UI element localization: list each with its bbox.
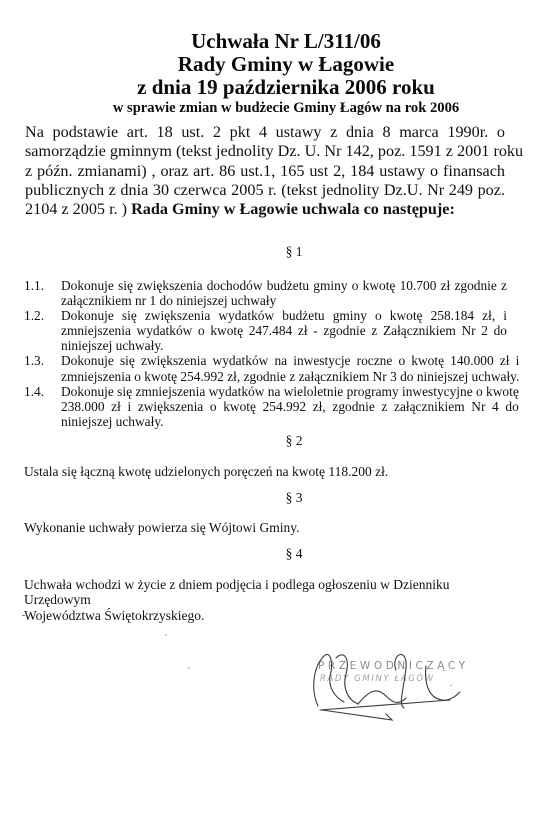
section-4-line: Województwa Świętokrzyskiego. (24, 608, 514, 623)
list-item: 1.3. Dokonuje się zwiększenia wydatków n… (24, 353, 507, 383)
item-text: Dokonuje się zwiększenia dochodów budżet… (61, 278, 507, 308)
scan-mark (22, 615, 25, 616)
item-line: niniejszej uchwały. (61, 338, 507, 353)
section-4-sign: § 4 (18, 546, 552, 562)
item-number: 1.3. (24, 353, 61, 383)
section-2-text: Ustala się łączną kwotę udzielonych porę… (24, 464, 388, 479)
preamble-line: samorządzie gminnym (tekst jednolity Dz.… (25, 142, 505, 161)
item-line: Dokonuje się zwiększenia wydatków na inw… (61, 353, 519, 368)
item-text: Dokonuje się zwiększenia wydatków na inw… (61, 353, 519, 383)
item-line: 238.000 zł i zwiększenia o kwotę 254.992… (61, 399, 519, 414)
preamble-line: z późn. zmianami) , oraz art. 86 ust.1, … (25, 162, 505, 181)
item-line: zmniejszenia wydatków o kwotę 247.484 zł… (61, 323, 507, 338)
item-line: niniejszej uchwały. (61, 414, 519, 429)
chairman-stamp-signature: PRZEWODNICZĄCY RADY GMINY ŁAGÓW . (300, 648, 470, 728)
preamble-line: 2104 z 2005 r. ) Rada Gminy w Łagowie uc… (25, 200, 505, 219)
preamble-citation-end: 2104 z 2005 r. ) (25, 200, 131, 218)
section-1-sign: § 1 (18, 244, 552, 260)
item-text: Dokonuje się zmniejszenia wydatków na wi… (61, 384, 519, 429)
item-line: załącznikiem nr 1 do niniejszej uchwały (61, 293, 507, 308)
list-item: 1.4. Dokonuje się zmniejszenia wydatków … (24, 384, 507, 429)
section-3-text: Wykonanie uchwały powierza się Wójtowi G… (24, 520, 300, 535)
enactment-clause: Rada Gminy w Łagowie uchwala co następuj… (131, 200, 455, 218)
resolution-date-title: z dnia 19 października 2006 roku (10, 75, 552, 100)
item-number: 1.2. (24, 308, 61, 353)
scan-speck (165, 634, 167, 636)
item-text: Dokonuje się zwiększenia wydatków budżet… (61, 308, 507, 353)
list-item: 1.2. Dokonuje się zwiększenia wydatków b… (24, 308, 507, 353)
item-number: 1.4. (24, 384, 61, 429)
item-line: Dokonuje się zwiększenia dochodów budżet… (61, 278, 507, 293)
list-item: 1.1. Dokonuje się zwiększenia dochodów b… (24, 278, 507, 308)
item-line: Dokonuje się zwiększenia wydatków budżet… (61, 308, 507, 323)
resolution-number-title: Uchwała Nr L/311/06 (10, 29, 552, 54)
item-number: 1.1. (24, 278, 61, 308)
legal-basis-preamble: Na podstawie art. 18 ust. 2 pkt 4 ustawy… (25, 123, 505, 219)
handwritten-signature-icon: . (300, 648, 470, 728)
preamble-line: publicznych z dnia 30 czerwca 2005 r. (t… (25, 181, 505, 200)
preamble-line: Na podstawie art. 18 ust. 2 pkt 4 ustawy… (25, 123, 505, 142)
section-3-sign: § 3 (18, 490, 552, 506)
item-line: Dokonuje się zmniejszenia wydatków na wi… (61, 384, 519, 399)
section-1-items: 1.1. Dokonuje się zwiększenia dochodów b… (24, 278, 507, 429)
section-2-sign: § 2 (18, 433, 552, 449)
item-line: zmniejszenia o kwotę 254.992 zł, zgodnie… (61, 369, 519, 384)
council-name-title: Rady Gminy w Łagowie (10, 52, 552, 77)
resolution-subject: w sprawie zmian w budżecie Gminy Łagów n… (10, 100, 552, 117)
section-4-line: Uchwała wchodzi w życie z dniem podjęcia… (24, 577, 514, 608)
section-4-text: Uchwała wchodzi w życie z dniem podjęcia… (24, 577, 514, 623)
scan-speck (188, 667, 190, 669)
svg-text:.: . (450, 678, 452, 688)
